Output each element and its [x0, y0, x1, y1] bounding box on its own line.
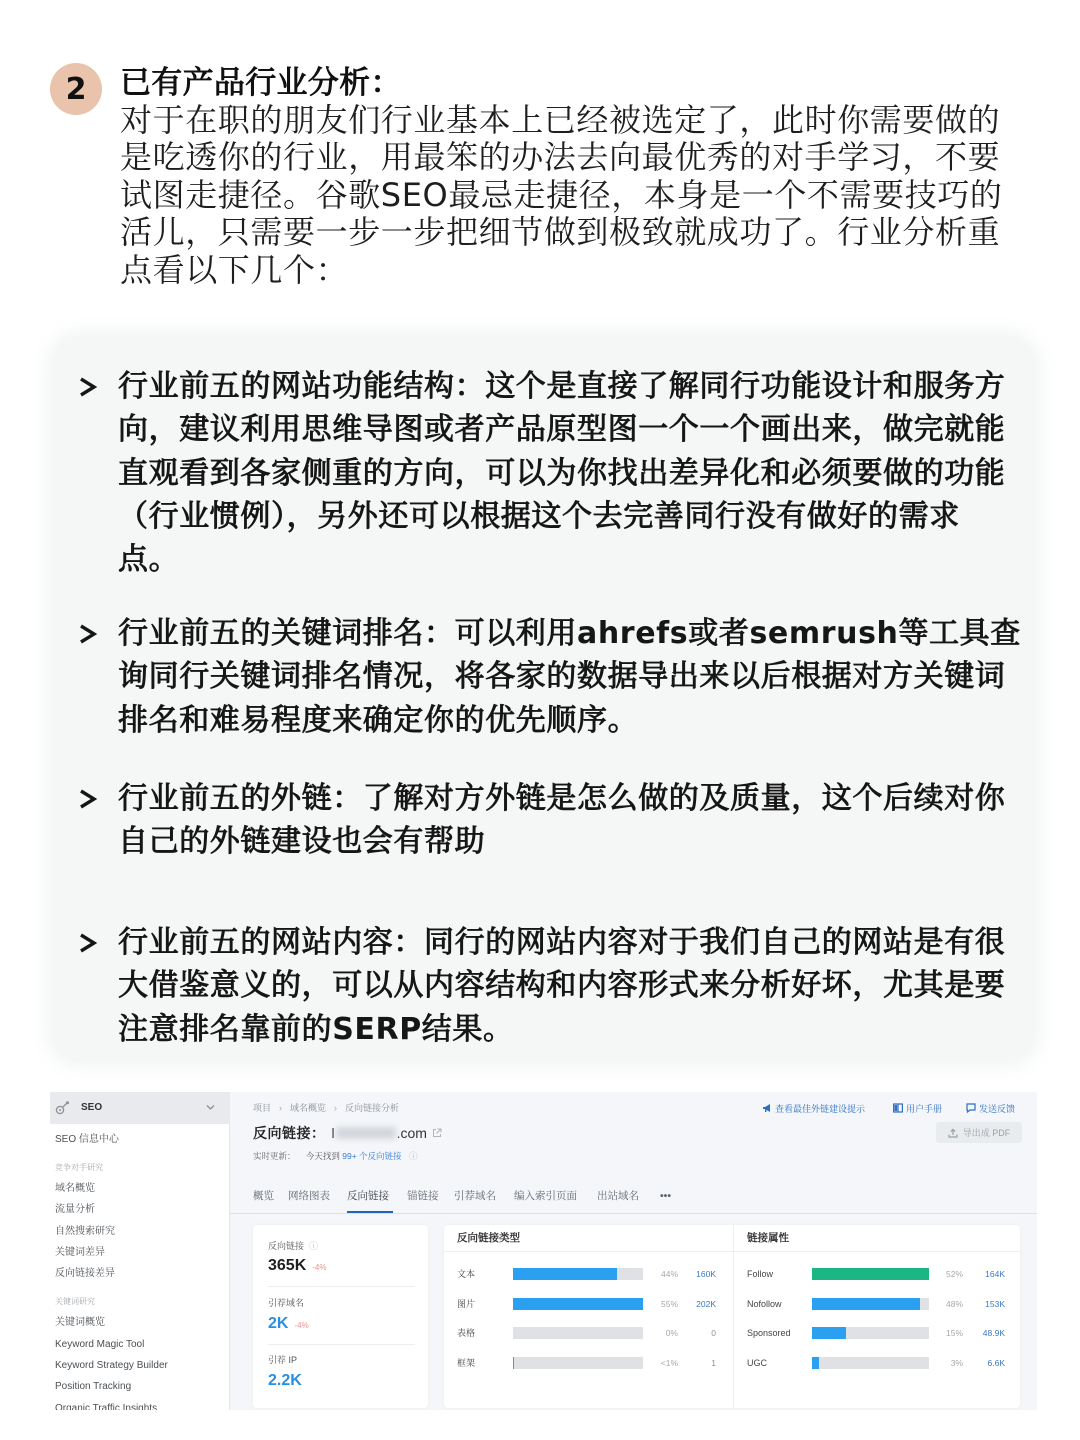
metric-divider: [268, 1344, 415, 1345]
breadcrumb-item-domain-overview[interactable]: 域名概览: [290, 1103, 326, 1113]
bar-fill: [513, 1357, 514, 1369]
breadcrumb-item-backlink-analytics: 反向链接分析: [345, 1103, 399, 1113]
chevron-down-icon: [206, 1104, 215, 1111]
tab-anchors[interactable]: 锚链接: [407, 1190, 439, 1202]
tab-more-menu[interactable]: •••: [660, 1190, 671, 1202]
link-attribute-row-sponsored[interactable]: Sponsored 15% 48.9K: [734, 1326, 1020, 1340]
tab-network-graph[interactable]: 网络图表: [288, 1190, 330, 1202]
bar-track: [812, 1327, 929, 1339]
bar-track: [812, 1298, 929, 1310]
breadcrumb-separator: ›: [326, 1103, 345, 1113]
export-pdf-label: 导出成 PDF: [963, 1126, 1011, 1139]
backlink-types-title: 反向链接类型: [457, 1232, 520, 1245]
send-feedback-label: 发送反馈: [979, 1102, 1015, 1115]
chevron-right-icon: [78, 376, 98, 398]
backlink-type-row-form[interactable]: 表格 0% 0: [444, 1326, 733, 1340]
seo-icon: [55, 1101, 70, 1115]
info-icon[interactable]: ⓘ: [309, 1241, 318, 1251]
sidebar-item-keyword-strategy-builder[interactable]: Keyword Strategy Builder: [55, 1355, 227, 1376]
metric-value-referring-domains[interactable]: 2K-4%: [268, 1315, 309, 1335]
tab-outbound-domains[interactable]: 出站域名: [597, 1190, 639, 1202]
send-feedback-link[interactable]: 发送反馈: [966, 1102, 1015, 1114]
tip-line: 行业前五的网站功能结构：这个是直接了解同行功能设计和服务方: [118, 365, 1005, 408]
metric-value-backlinks: 365K-4%: [268, 1257, 326, 1277]
link-attribute-row-ugc[interactable]: UGC 3% 6.6K: [734, 1356, 1020, 1370]
row-percent: 0%: [638, 1328, 678, 1338]
info-icon[interactable]: ⓘ: [409, 1151, 418, 1161]
page-title-label: 反向链接：: [253, 1123, 326, 1143]
row-percent: 15%: [923, 1328, 963, 1338]
tip-item-feature-structure: 行业前五的网站功能结构：这个是直接了解同行功能设计和服务方 向，建议利用思维导图…: [118, 365, 1005, 581]
backlink-breakdown-card: 反向链接类型 文本 44% 160K 图片 55% 202K 表格 0% 0 框…: [444, 1225, 1020, 1408]
domain-prefix: l: [332, 1125, 335, 1141]
sidebar-item-organic-traffic-insights[interactable]: Organic Traffic Insights: [55, 1398, 227, 1410]
metric-label-referring-ips: 引荐 IP: [268, 1355, 297, 1366]
section-number-badge: 2: [50, 63, 102, 115]
metric-value-referring-ips[interactable]: 2.2K: [268, 1372, 302, 1390]
row-label: Nofollow: [747, 1299, 782, 1309]
realtime-text: 今天找到: [306, 1151, 340, 1161]
sidebar-section-competitor-research: 竞争对手研究: [55, 1157, 227, 1178]
link-attribute-row-nofollow[interactable]: Nofollow 48% 153K: [734, 1297, 1020, 1311]
sidebar-item-keyword-magic-tool[interactable]: Keyword Magic Tool: [55, 1334, 227, 1355]
tab-bar-divider: [230, 1213, 1037, 1214]
tip-item-keyword-ranking: 行业前五的关键词排名：可以利用ahrefs或者semrush等工具查 询同行关键…: [118, 612, 1021, 742]
backlink-type-row-frame[interactable]: 框架 <1% 1: [444, 1356, 733, 1370]
breadcrumb-item-projects[interactable]: 项目: [253, 1103, 271, 1113]
row-count-link[interactable]: 202K: [676, 1299, 716, 1309]
bar-track: [513, 1357, 643, 1369]
row-label: 图片: [457, 1299, 475, 1309]
section-title: 已有产品行业分析：: [120, 65, 402, 102]
row-percent: 3%: [923, 1358, 963, 1368]
row-percent: 48%: [923, 1299, 963, 1309]
bar-track: [812, 1268, 929, 1280]
tip-line: 行业前五的外链：了解对方外链是怎么做的及质量，这个后续对你: [118, 777, 1005, 820]
backlink-analytics-screenshot: SEO SEO 信息中心 竞争对手研究 域名概览 流量分析 自然搜索研究 关键词…: [50, 1092, 1037, 1410]
book-icon: [893, 1103, 903, 1113]
best-link-building-tips-link[interactable]: 查看最佳外链建设提示: [762, 1102, 865, 1114]
chevron-right-icon: [78, 623, 98, 645]
bar-track: [513, 1298, 643, 1310]
bar-track: [513, 1268, 643, 1280]
user-manual-link[interactable]: 用户手册: [893, 1102, 942, 1114]
best-link-building-tips-label: 查看最佳外链建设提示: [775, 1102, 865, 1115]
row-count-link[interactable]: 1: [676, 1358, 716, 1368]
tab-indexed-pages[interactable]: 编入索引页面: [514, 1190, 577, 1202]
row-label: UGC: [747, 1358, 767, 1368]
sidebar-item-traffic-analytics[interactable]: 流量分析: [55, 1199, 227, 1220]
row-count-link[interactable]: 6.6K: [965, 1358, 1005, 1368]
metric-value-text: 365K: [268, 1257, 306, 1274]
sidebar-header-label: SEO: [81, 1102, 102, 1114]
backlink-types-panel: 反向链接类型 文本 44% 160K 图片 55% 202K 表格 0% 0 框…: [444, 1225, 733, 1408]
panel-header: 反向链接类型: [444, 1225, 733, 1252]
bar-track: [812, 1357, 929, 1369]
breadcrumb: 项目›域名概览›反向链接分析: [253, 1102, 399, 1114]
metric-delta-badge: -4%: [312, 1263, 326, 1272]
sidebar-item-position-tracking[interactable]: Position Tracking: [55, 1376, 227, 1397]
bar-fill: [812, 1268, 929, 1280]
row-percent: 52%: [923, 1269, 963, 1279]
sidebar-item-seo-dashboard[interactable]: SEO 信息中心: [55, 1129, 227, 1150]
metric-label-referring-domains: 引荐域名: [268, 1298, 304, 1309]
row-label: 表格: [457, 1328, 475, 1338]
realtime-update: 实时更新： 今天找到 99+ 个反向链接 ⓘ: [253, 1151, 417, 1162]
link-attributes-panel: 链接属性 Follow 52% 164K Nofollow 48% 153K S…: [733, 1225, 1020, 1408]
tip-line: 大借鉴意义的，可以从内容结构和内容形式来分析好坏，尤其是要: [118, 964, 1005, 1007]
metric-label-backlinks: 反向链接ⓘ: [268, 1241, 318, 1252]
upload-icon: [948, 1128, 958, 1138]
export-pdf-button[interactable]: 导出成 PDF: [936, 1122, 1022, 1143]
row-label: Follow: [747, 1269, 773, 1279]
tip-line: 行业前五的关键词排名：可以利用ahrefs或者semrush等工具查: [118, 612, 1021, 655]
tip-line: 直观看到各家侧重的方向，可以为你找出差异化和必须要做的功能: [118, 452, 1005, 495]
row-count-link[interactable]: 160K: [676, 1269, 716, 1279]
backlink-type-row-image[interactable]: 图片 55% 202K: [444, 1297, 733, 1311]
tab-overview[interactable]: 概览: [253, 1190, 274, 1202]
tip-line: 向，建议利用思维导图或者产品原型图一个一个画出来，做完就能: [118, 408, 1005, 451]
tab-backlinks[interactable]: 反向链接: [347, 1190, 389, 1202]
sidebar-item-keyword-gap[interactable]: 关键词差异: [55, 1242, 227, 1263]
metric-label-text: 反向链接: [268, 1241, 304, 1251]
breadcrumb-separator: ›: [271, 1103, 290, 1113]
megaphone-icon: [762, 1103, 772, 1113]
row-label: 文本: [457, 1269, 475, 1279]
row-percent: 44%: [638, 1269, 678, 1279]
panel-header: 链接属性: [734, 1225, 1020, 1252]
row-count-link[interactable]: 164K: [965, 1269, 1005, 1279]
tab-referring-domains[interactable]: 引荐域名: [454, 1190, 496, 1202]
row-count-link[interactable]: 153K: [965, 1299, 1005, 1309]
tip-line: 注意排名靠前的SERP结果。: [118, 1008, 1005, 1051]
row-label: Sponsored: [747, 1328, 791, 1338]
intro-paragraph: 对于在职的朋友们行业基本上已经被选定了，此时你需要做的 是吃透你的行业，用最笨的…: [120, 102, 1003, 289]
sidebar-section-keyword-research: 关键词研究: [55, 1291, 227, 1312]
intro-line: 活儿，只需要一步一步把细节做到极致就成功了。行业分析重: [120, 214, 1003, 251]
tip-line: （行业惯例），另外还可以根据这个去完善同行没有做好的需求: [118, 495, 1005, 538]
user-manual-label: 用户手册: [906, 1102, 942, 1115]
sidebar-item-domain-overview[interactable]: 域名概览: [55, 1178, 227, 1199]
chevron-right-icon: [78, 932, 98, 954]
external-link-icon[interactable]: [432, 1128, 442, 1138]
feedback-icon: [966, 1103, 976, 1113]
tip-line: 点。: [118, 538, 1005, 581]
sidebar-item-organic-research[interactable]: 自然搜索研究: [55, 1221, 227, 1242]
bar-fill: [812, 1298, 920, 1310]
bar-fill: [513, 1298, 643, 1310]
intro-line: 点看以下几个：: [120, 252, 1003, 289]
realtime-label: 实时更新：: [253, 1151, 296, 1161]
row-count-link[interactable]: 48.9K: [965, 1328, 1005, 1338]
link-attribute-row-follow[interactable]: Follow 52% 164K: [734, 1267, 1020, 1281]
sidebar-header-seo[interactable]: SEO: [50, 1092, 230, 1124]
domain-suffix: .com: [397, 1125, 427, 1141]
tip-line: 排名和难易程度来确定你的优先顺序。: [118, 699, 1021, 742]
bar-fill: [513, 1268, 617, 1280]
intro-line: 试图走捷径。谷歌SEO最忌走捷径，本身是一个不需要技巧的: [120, 177, 1003, 214]
blurred-domain: [336, 1127, 396, 1139]
new-backlinks-link[interactable]: 99+ 个反向链接: [342, 1151, 401, 1161]
backlink-type-row-text[interactable]: 文本 44% 160K: [444, 1267, 733, 1281]
sidebar-item-backlink-gap[interactable]: 反向链接差异: [55, 1263, 227, 1284]
metric-delta-badge: -4%: [294, 1321, 308, 1330]
row-label: 框架: [457, 1358, 475, 1368]
chevron-right-icon: [78, 788, 98, 810]
metrics-card: 反向链接ⓘ 365K-4% 引荐域名 2K-4% 引荐 IP 2.2K: [253, 1225, 428, 1408]
row-percent: 55%: [638, 1299, 678, 1309]
metric-value-text: 2K: [268, 1315, 288, 1332]
bar-track: [513, 1327, 643, 1339]
tip-item-site-content: 行业前五的网站内容：同行的网站内容对于我们自己的网站是有很 大借鉴意义的，可以从…: [118, 921, 1005, 1051]
row-percent: <1%: [638, 1358, 678, 1368]
sidebar: SEO SEO 信息中心 竞争对手研究 域名概览 流量分析 自然搜索研究 关键词…: [50, 1092, 230, 1410]
tip-item-backlinks: 行业前五的外链：了解对方外链是怎么做的及质量，这个后续对你 自己的外链建设也会有…: [118, 777, 1005, 864]
tip-line: 询同行关键词排名情况，将各家的数据导出来以后根据对方关键词: [118, 655, 1021, 698]
sidebar-menu: SEO 信息中心 竞争对手研究 域名概览 流量分析 自然搜索研究 关键词差异 反…: [55, 1129, 227, 1410]
metric-divider: [268, 1286, 415, 1287]
tip-line: 行业前五的网站内容：同行的网站内容对于我们自己的网站是有很: [118, 921, 1005, 964]
tip-line: 自己的外链建设也会有帮助: [118, 820, 1005, 863]
link-attributes-title: 链接属性: [747, 1232, 789, 1245]
intro-line: 对于在职的朋友们行业基本上已经被选定了，此时你需要做的: [120, 102, 1003, 139]
row-count: 0: [676, 1328, 716, 1338]
intro-line: 是吃透你的行业，用最笨的办法去向最优秀的对手学习，不要: [120, 139, 1003, 176]
bar-fill: [812, 1327, 846, 1339]
sidebar-item-keyword-overview[interactable]: 关键词概览: [55, 1312, 227, 1333]
bar-fill: [812, 1357, 819, 1369]
page-title: 反向链接： l .com: [253, 1124, 442, 1142]
